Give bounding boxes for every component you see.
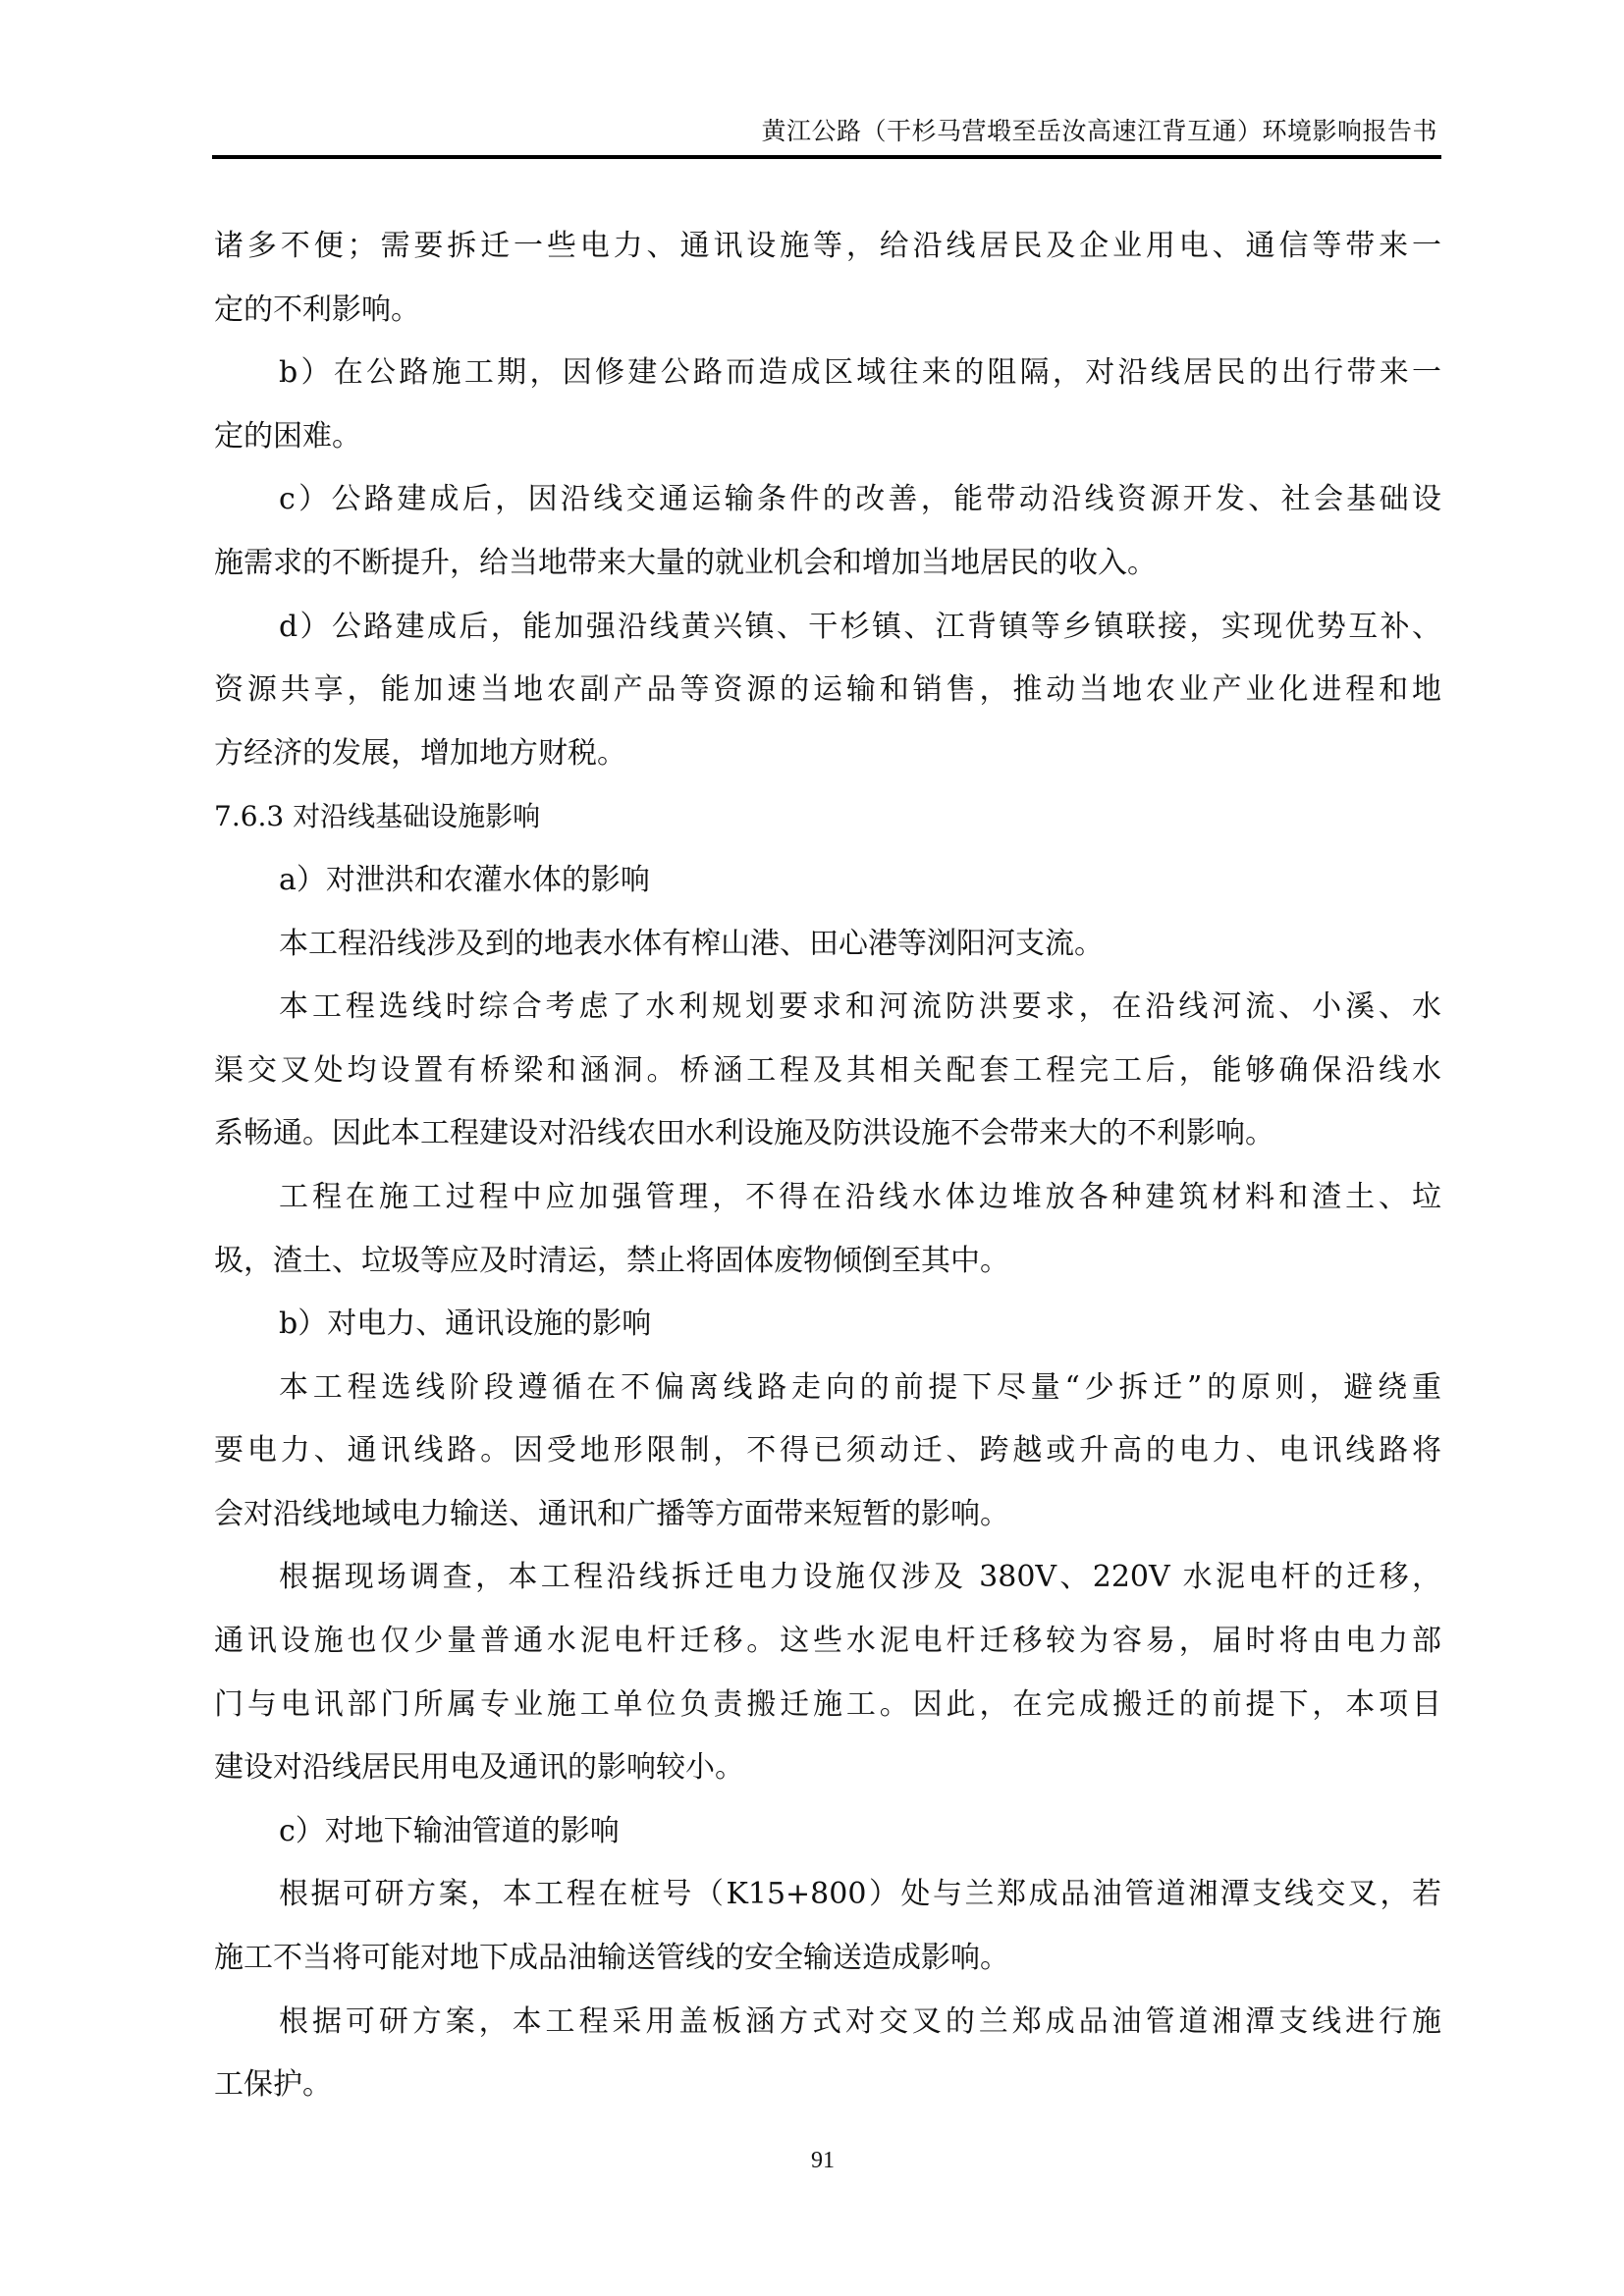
page-number: 91: [811, 2148, 835, 2174]
document-body: 诸多不便；需要拆迁一些电力、通讯设施等，给沿线居民及企业用电、通信等带来一定的不…: [214, 215, 1441, 2117]
text-line: c）对地下输油管道的影响: [214, 1800, 1441, 1864]
text-line: 渠交叉处均设置有桥梁和涵洞。桥涵工程及其相关配套工程完工后，能够确保沿线水: [214, 1040, 1441, 1103]
text-line: 根据现场调查，本工程沿线拆迁电力设施仅涉及 380V、220V 水泥电杆的迁移，: [214, 1546, 1441, 1610]
text-line: 资源共享，能加速当地农副产品等资源的运输和销售，推动当地农业产业化进程和地: [214, 659, 1441, 722]
text-line: b）在公路施工期，因修建公路而造成区域往来的阻隔，对沿线居民的出行带来一: [214, 342, 1441, 405]
text-line: 根据可研方案，本工程在桩号（K15+800）处与兰郑成品油管道湘潭支线交叉，若: [214, 1863, 1441, 1927]
text-line: 工程在施工过程中应加强管理，不得在沿线水体边堆放各种建筑材料和渣土、垃: [214, 1166, 1441, 1230]
text-line: 定的不利影响。: [214, 279, 1441, 343]
text-line: 施需求的不断提升，给当地带来大量的就业机会和增加当地居民的收入。: [214, 532, 1441, 596]
text-line: 本工程选线阶段遵循在不偏离线路走向的前提下尽量“少拆迁”的原则，避绕重: [214, 1357, 1441, 1420]
text-line: 诸多不便；需要拆迁一些电力、通讯设施等，给沿线居民及企业用电、通信等带来一: [214, 215, 1441, 279]
text-line: a）对泄洪和农灌水体的影响: [214, 849, 1441, 913]
document-title: 黄江公路（干杉马营塅至岳汝高速江背互通）环境影响报告书: [761, 114, 1437, 149]
text-line: b）对电力、通讯设施的影响: [214, 1293, 1441, 1357]
header-divider: [212, 155, 1441, 159]
text-line: 建设对沿线居民用电及通讯的影响较小。: [214, 1736, 1441, 1800]
text-line: 会对沿线地域电力输送、通讯和广播等方面带来短暂的影响。: [214, 1483, 1441, 1547]
text-line: 圾，渣土、垃圾等应及时清运，禁止将固体废物倾倒至其中。: [214, 1230, 1441, 1294]
text-line: 定的困难。: [214, 405, 1441, 469]
text-line: 要电力、通讯线路。因受地形限制，不得已须动迁、跨越或升高的电力、电讯线路将: [214, 1419, 1441, 1483]
text-line: 系畅通。因此本工程建设对沿线农田水利设施及防洪设施不会带来大的不利影响。: [214, 1102, 1441, 1166]
text-line: 通讯设施也仅少量普通水泥电杆迁移。这些水泥电杆迁移较为容易，届时将由电力部: [214, 1610, 1441, 1674]
text-line: 根据可研方案，本工程采用盖板涵方式对交叉的兰郑成品油管道湘潭支线进行施: [214, 1991, 1441, 2055]
text-line: 工保护。: [214, 2054, 1441, 2117]
text-line: 本工程选线时综合考虑了水利规划要求和河流防洪要求，在沿线河流、小溪、水: [214, 976, 1441, 1040]
section-heading: 7.6.3 对沿线基础设施影响: [214, 785, 1441, 849]
text-line: 本工程沿线涉及到的地表水体有榨山港、田心港等浏阳河支流。: [214, 913, 1441, 977]
text-line: 方经济的发展，增加地方财税。: [214, 722, 1441, 786]
text-line: d）公路建成后，能加强沿线黄兴镇、干杉镇、江背镇等乡镇联接，实现优势互补、: [214, 596, 1441, 660]
text-line: 门与电讯部门所属专业施工单位负责搬迁施工。因此，在完成搬迁的前提下，本项目: [214, 1674, 1441, 1737]
text-line: c）公路建成后，因沿线交通运输条件的改善，能带动沿线资源开发、社会基础设: [214, 468, 1441, 532]
text-line: 施工不当将可能对地下成品油输送管线的安全输送造成影响。: [214, 1927, 1441, 1991]
